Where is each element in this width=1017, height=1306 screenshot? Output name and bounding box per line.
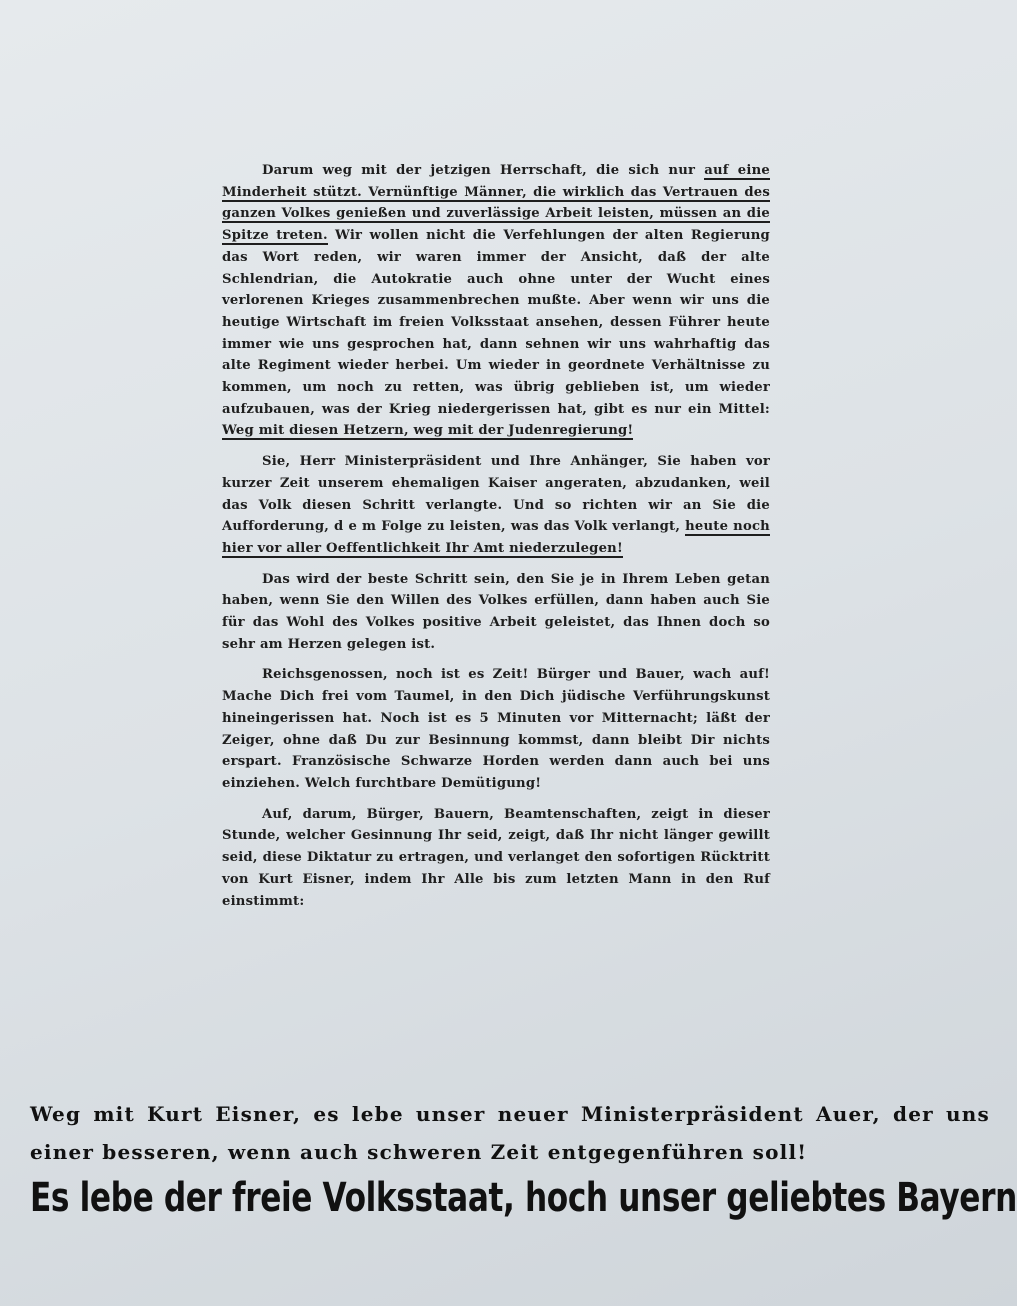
body-text-column: Darum weg mit der jetzigen Herrschaft, d… <box>222 160 770 921</box>
body-paragraph: Das wird der beste Schritt sein, den Sie… <box>222 569 770 656</box>
text-segment: Auf, darum, Bürger, Bauern, Beamtenschaf… <box>222 807 770 909</box>
text-segment: Wir wollen nicht die Verfehlungen der al… <box>222 228 770 417</box>
text-segment: Darum weg mit der jetzigen Herrschaft, d… <box>262 163 704 178</box>
body-paragraph: Sie, Herr Ministerpräsident und Ihre Anh… <box>222 451 770 560</box>
text-segment: Reichsgenossen, noch ist es Zeit! Bürger… <box>222 667 770 791</box>
headline-call-to-action: Weg mit Kurt Eisner, es lebe unser neuer… <box>30 1095 990 1171</box>
headline-slogan: Es lebe der freie Volksstaat, hoch unser… <box>30 1170 997 1226</box>
body-paragraph: Darum weg mit der jetzigen Herrschaft, d… <box>222 160 770 442</box>
body-paragraph: Reichsgenossen, noch ist es Zeit! Bürger… <box>222 664 770 794</box>
scanned-leaflet-page: Darum weg mit der jetzigen Herrschaft, d… <box>0 0 1017 1306</box>
body-paragraph: Auf, darum, Bürger, Bauern, Beamtenschaf… <box>222 804 770 913</box>
underlined-text: Weg mit diesen Hetzern, weg mit der Jude… <box>222 423 633 440</box>
text-segment: Das wird der beste Schritt sein, den Sie… <box>222 572 770 652</box>
